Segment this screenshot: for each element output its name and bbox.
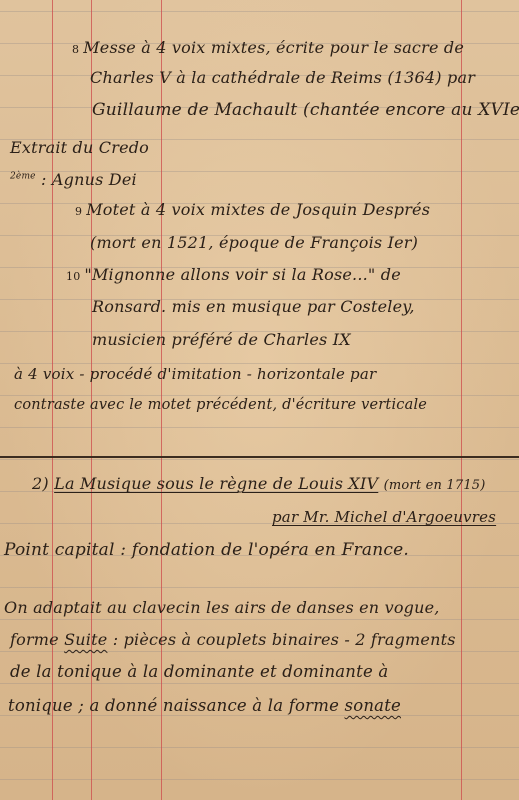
item-10-line-2: Ronsard. mis en musique par Costeley, <box>92 297 415 316</box>
note-line-1: à 4 voix - procédé d'imitation - horizon… <box>14 365 376 383</box>
agnus-line: 2ème : Agnus Dei <box>10 170 137 189</box>
para-line-3: de la tonique à la dominante et dominant… <box>10 662 388 681</box>
extrait-label: Extrait du Credo <box>10 138 149 157</box>
item-10-line-1: 10"Mignonne allons voir si la Rose..." d… <box>66 265 401 284</box>
section-2-author: par Mr. Michel d'Argoeuvres <box>272 508 496 526</box>
section-2-heading: 2) La Musique sous le règne de Louis XIV… <box>32 474 486 493</box>
notebook-page: 8Messe à 4 voix mixtes, écrite pour le s… <box>0 0 519 800</box>
item-10-line-3: musicien préféré de Charles IX <box>92 330 351 349</box>
item-8-line-3: Guillaume de Machault (chantée encore au… <box>92 100 519 120</box>
para-line-4: tonique ; a donné naissance à la forme s… <box>8 696 401 715</box>
sonate-term: sonate <box>345 696 401 715</box>
item-8-line-2: Charles V à la cathédrale de Reims (1364… <box>90 68 475 87</box>
suite-term: Suite <box>64 630 107 649</box>
para-line-1: On adaptait au clavecin les airs de dans… <box>4 598 440 617</box>
item-8-line-1: 8Messe à 4 voix mixtes, écrite pour le s… <box>72 38 464 57</box>
item-9-line-1: 9Motet à 4 voix mixtes de Josquin Despré… <box>75 200 430 219</box>
note-line-2: contraste avec le motet précédent, d'écr… <box>14 397 427 413</box>
item-9-line-2: (mort en 1521, époque de François Ier) <box>90 233 418 252</box>
margin-line-4 <box>461 0 462 800</box>
para-line-2: forme Suite : pièces à couplets binaires… <box>10 630 456 649</box>
item-number: 8 <box>72 43 79 56</box>
section-separator <box>0 456 519 458</box>
section-2-title: La Musique sous le règne de Louis XIV <box>54 474 378 493</box>
point-capital: Point capital : fondation de l'opéra en … <box>4 540 409 560</box>
